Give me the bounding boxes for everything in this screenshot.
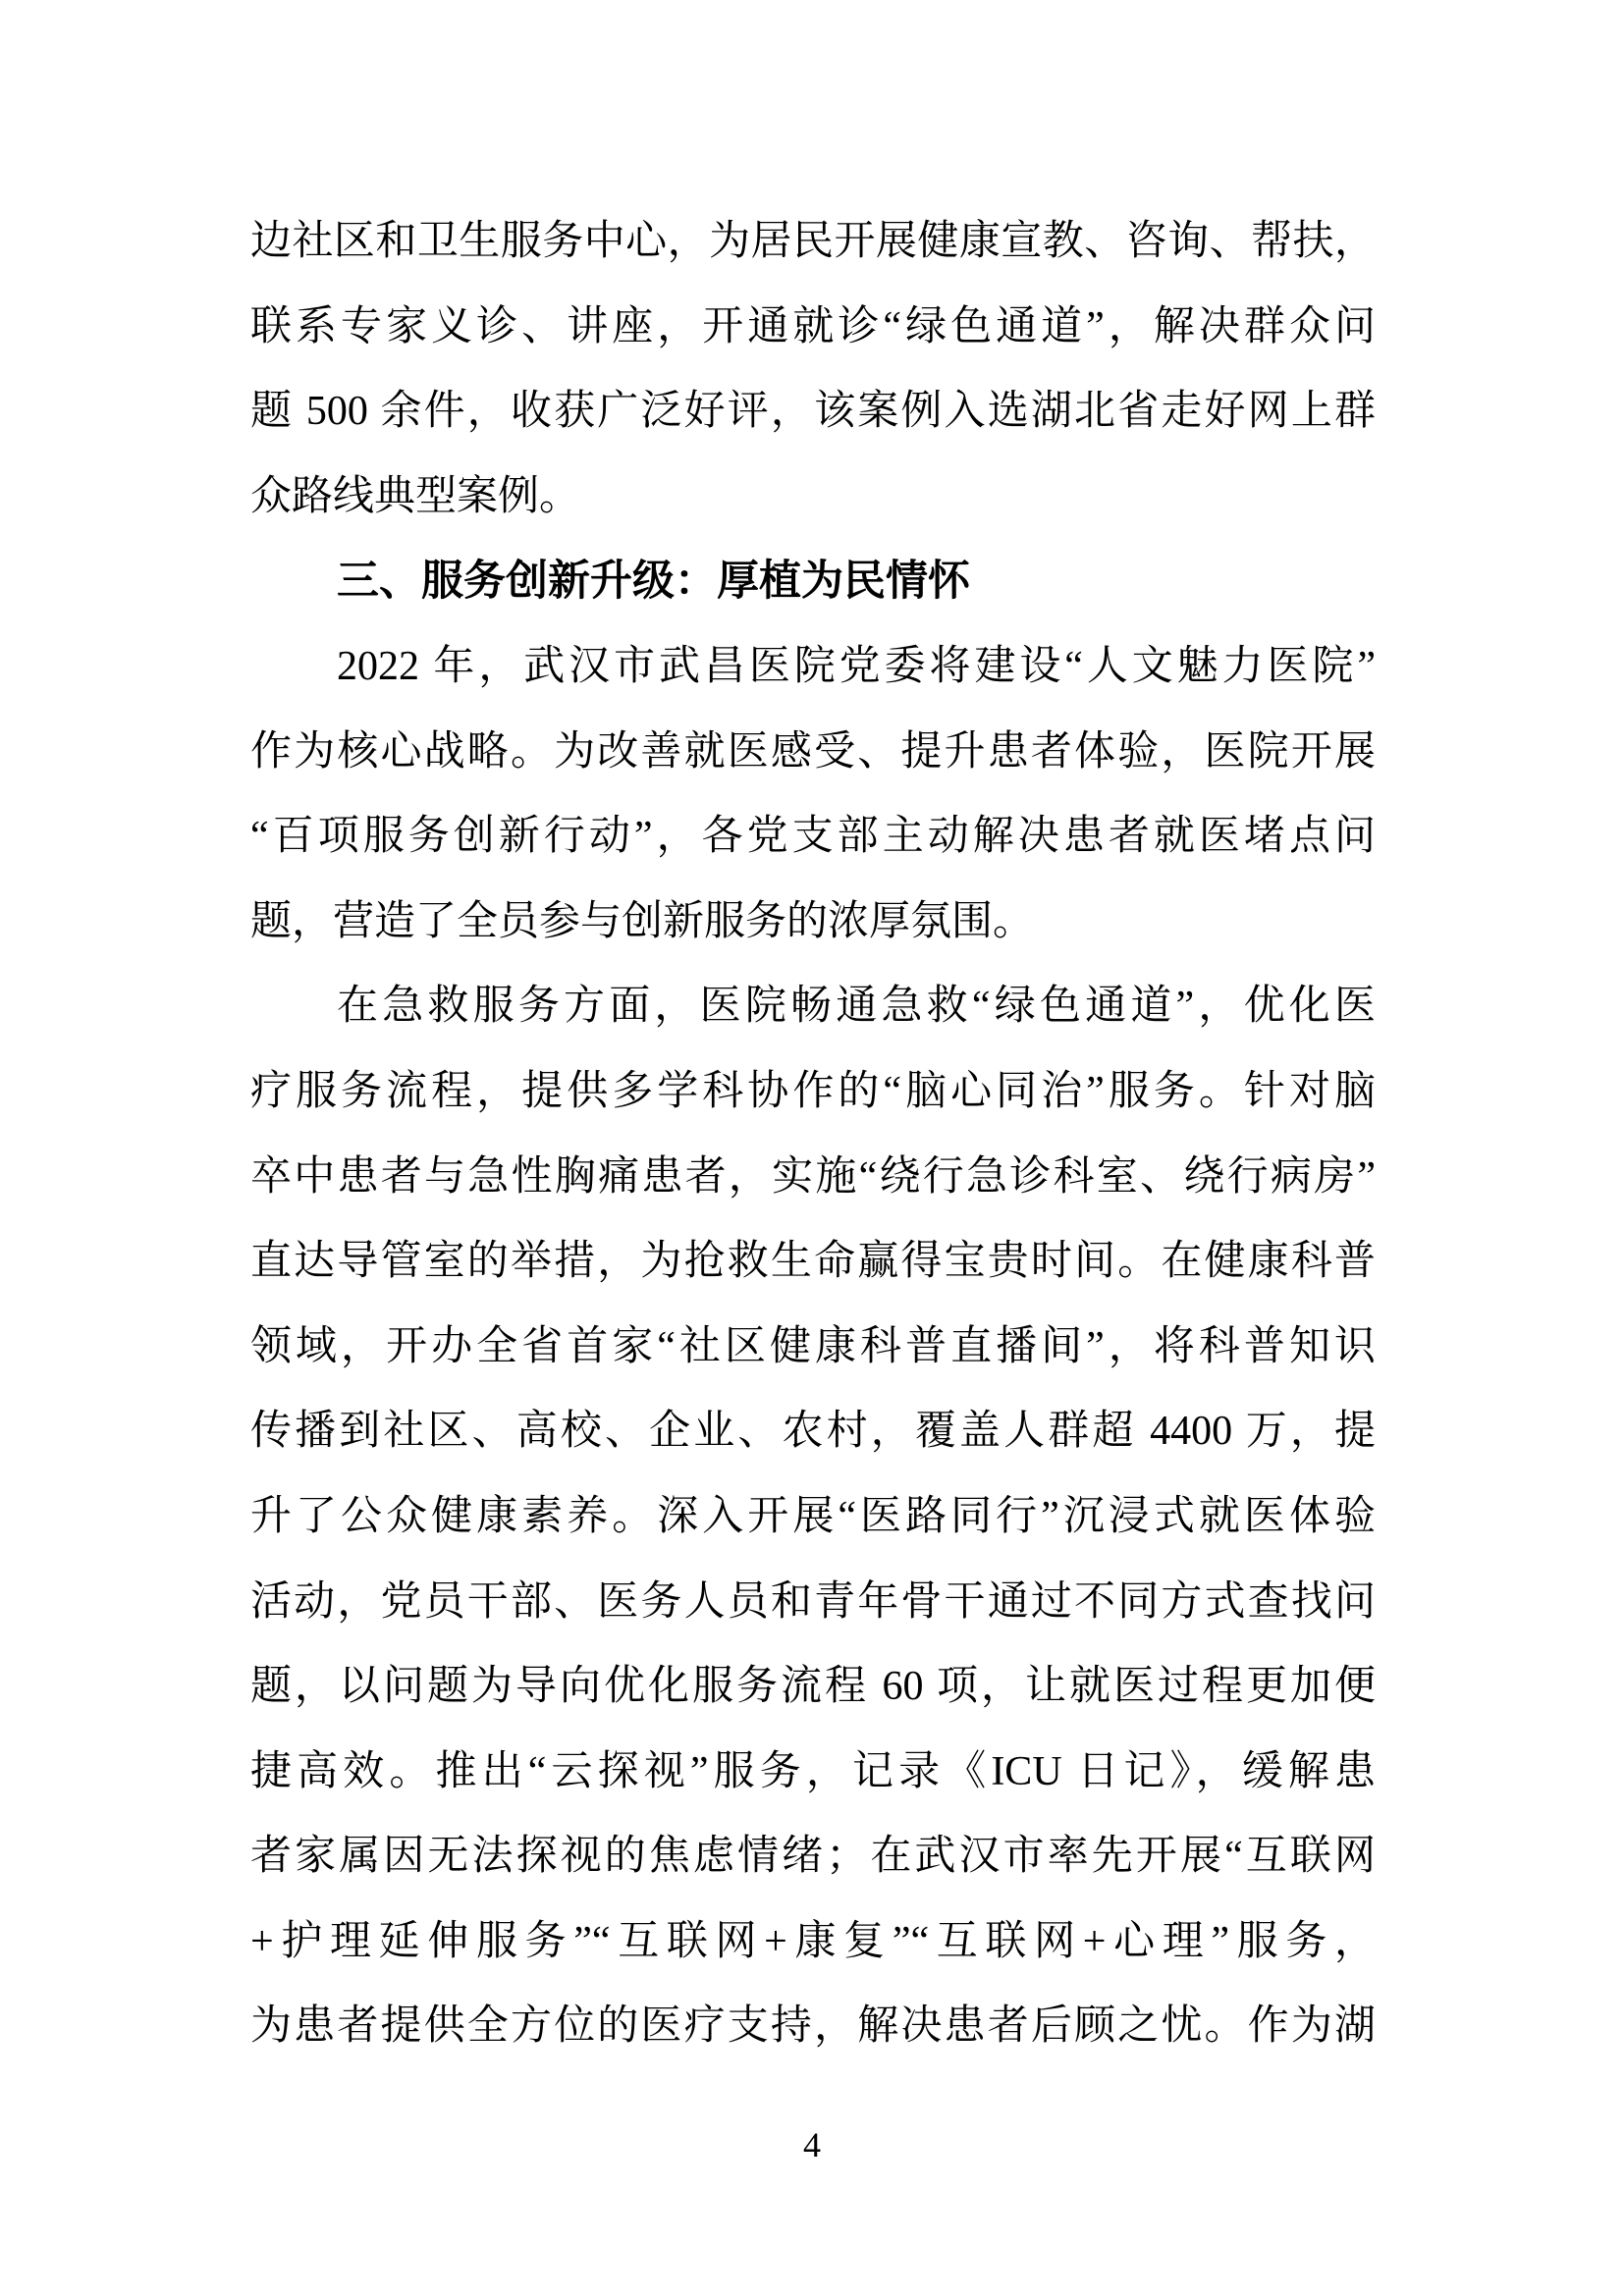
text-line: 传播到社区、高校、企业、农村，覆盖人群超 4400 万，提 <box>250 1389 1376 1474</box>
text-line: “百项服务创新行动”，各党支部主动解决患者就医堵点问 <box>250 794 1376 880</box>
text-line: 2022 年，武汉市武昌医院党委将建设“人文魅力医院” <box>250 624 1376 710</box>
text-line: 题 500 余件，收获广泛好评，该案例入选湖北省走好网上群 <box>250 369 1376 454</box>
text-line: 活动，党员干部、医务人员和青年骨干通过不同方式查找问 <box>250 1560 1376 1645</box>
document-body: 边社区和卫生服务中心，为居民开展健康宣教、咨询、帮扶， 联系专家义诊、讲座，开通… <box>250 199 1376 2069</box>
text-line: +护理延伸服务”“互联网+康复”“互联网+心理”服务， <box>250 1899 1376 1985</box>
text-line: 众路线典型案例。 <box>250 454 1376 540</box>
text-line: 边社区和卫生服务中心，为居民开展健康宣教、咨询、帮扶， <box>250 199 1376 285</box>
text-line: 题，以问题为导向优化服务流程 60 项，让就医过程更加便 <box>250 1644 1376 1730</box>
text-line: 领域，开办全省首家“社区健康科普直播间”，将科普知识 <box>250 1305 1376 1390</box>
text-line: 疗服务流程，提供多学科协作的“脑心同治”服务。针对脑 <box>250 1049 1376 1135</box>
text-line: 为患者提供全方位的医疗支持，解决患者后顾之忧。作为湖 <box>250 1984 1376 2069</box>
section-heading: 三、服务创新升级：厚植为民情怀 <box>250 539 1376 624</box>
text-line: 升了公众健康素养。深入开展“医路同行”沉浸式就医体验 <box>250 1474 1376 1560</box>
text-line: 者家属因无法探视的焦虑情绪；在武汉市率先开展“互联网 <box>250 1814 1376 1899</box>
page-number: 4 <box>0 2118 1624 2171</box>
text-line: 题，营造了全员参与创新服务的浓厚氛围。 <box>250 880 1376 965</box>
text-line: 卒中患者与急性胸痛患者，实施“绕行急诊科室、绕行病房” <box>250 1135 1376 1220</box>
text-line: 捷高效。推出“云探视”服务，记录《ICU 日记》，缓解患 <box>250 1730 1376 1815</box>
text-line: 直达导管室的举措，为抢救生命赢得宝贵时间。在健康科普 <box>250 1219 1376 1305</box>
text-line: 联系专家义诊、讲座，开通就诊“绿色通道”，解决群众问 <box>250 285 1376 370</box>
text-line: 作为核心战略。为改善就医感受、提升患者体验，医院开展 <box>250 710 1376 795</box>
text-line: 在急救服务方面，医院畅通急救“绿色通道”，优化医 <box>250 964 1376 1049</box>
document-page: 边社区和卫生服务中心，为居民开展健康宣教、咨询、帮扶， 联系专家义诊、讲座，开通… <box>0 0 1624 2296</box>
